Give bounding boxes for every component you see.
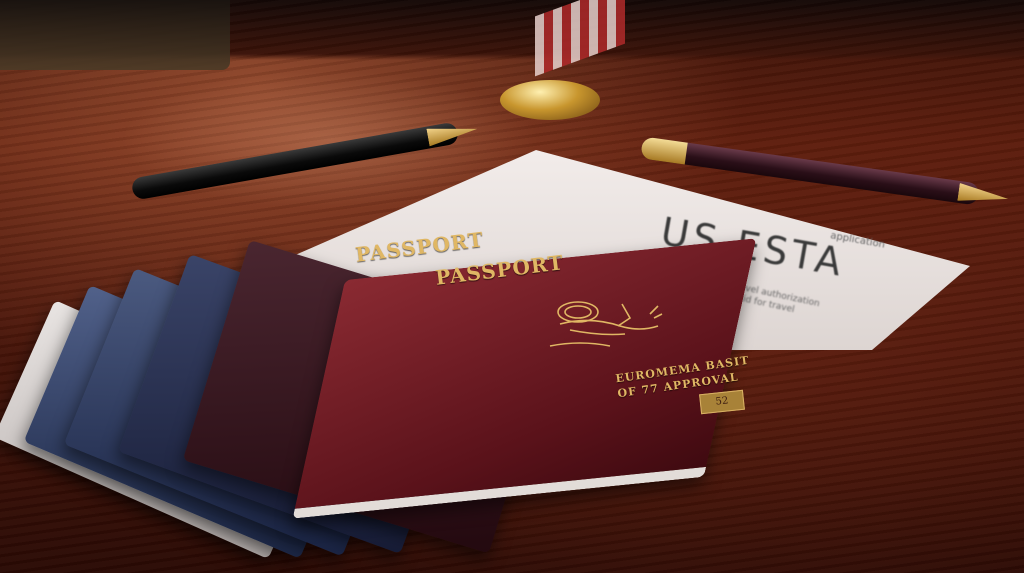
photo-scene: US ESTA application Travel authorization… <box>0 0 1024 573</box>
background-books <box>0 0 230 70</box>
flag-stand-base <box>500 80 600 120</box>
eagle-seal-icon <box>530 296 670 354</box>
